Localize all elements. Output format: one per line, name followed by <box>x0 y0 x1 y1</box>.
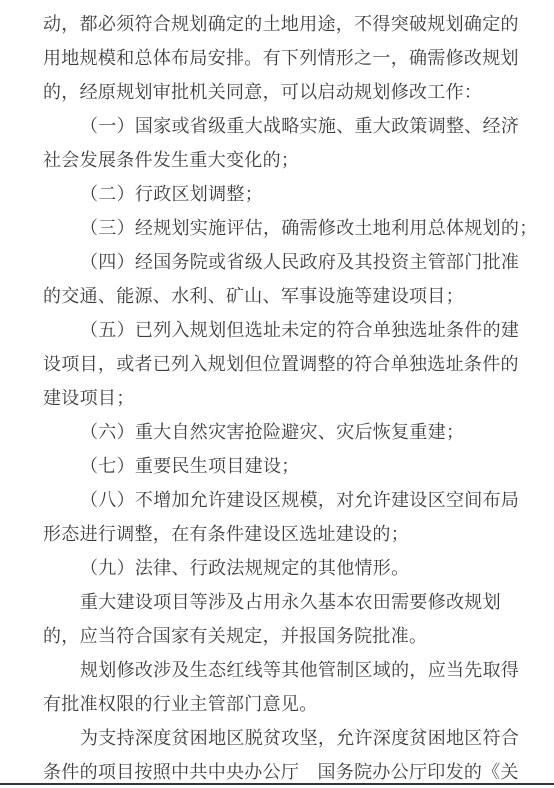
text-line: （九）法律、行政法规规定的其他情形。 <box>43 551 521 585</box>
text-line: （二）行政区划调整； <box>43 177 521 211</box>
text-line: 设项目，或者已列入规划但位置调整的符合单独选址条件的 <box>43 347 521 381</box>
text-line: 的交通、能源、水利、矿山、军事设施等建设项目； <box>43 279 521 313</box>
text-line: 为支持深度贫困地区脱贫攻坚，允许深度贫困地区符合 <box>43 721 521 755</box>
text-line: 的，经原规划审批机关同意，可以启动规划修改工作： <box>43 75 521 109</box>
text-line: （四）经国务院或省级人民政府及其投资主管部门批准 <box>43 245 521 279</box>
text-line: 社会发展条件发生重大变化的； <box>43 143 521 177</box>
text-line: 用地规模和总体布局安排。有下列情形之一，确需修改规划 <box>43 41 521 75</box>
text-line: （三）经规划实施评估，确需修改土地利用总体规划的； <box>43 211 521 245</box>
text-line: 建设项目； <box>43 381 521 415</box>
text-line: （八）不增加允许建设区规模，对允许建设区空间布局 <box>43 483 521 517</box>
text-line: 形态进行调整，在有条件建设区选址建设的； <box>43 517 521 551</box>
text-line: （六）重大自然灾害抢险避灾、灾后恢复重建； <box>43 415 521 449</box>
text-line: 有批准权限的行业主管部门意见。 <box>43 687 521 721</box>
document-text: 动，都必须符合规划确定的土地用途，不得突破规划确定的用地规模和总体布局安排。有下… <box>43 7 521 788</box>
text-line: 动，都必须符合规划确定的土地用途，不得突破规划确定的 <box>43 7 521 41</box>
text-line: （五）已列入规划但选址未定的符合单独选址条件的建 <box>43 313 521 347</box>
text-line: （七）重要民生项目建设； <box>43 449 521 483</box>
document-page: 动，都必须符合规划确定的土地用途，不得突破规划确定的用地规模和总体布局安排。有下… <box>0 0 554 788</box>
text-line: 规划修改涉及生态红线等其他管制区域的，应当先取得 <box>43 653 521 687</box>
text-line: 的，应当符合国家有关规定，并报国务院批准。 <box>43 619 521 653</box>
text-line: 重大建设项目等涉及占用永久基本农田需要修改规划 <box>43 585 521 619</box>
text-line: （一）国家或省级重大战略实施、重大政策调整、经济 <box>43 109 521 143</box>
